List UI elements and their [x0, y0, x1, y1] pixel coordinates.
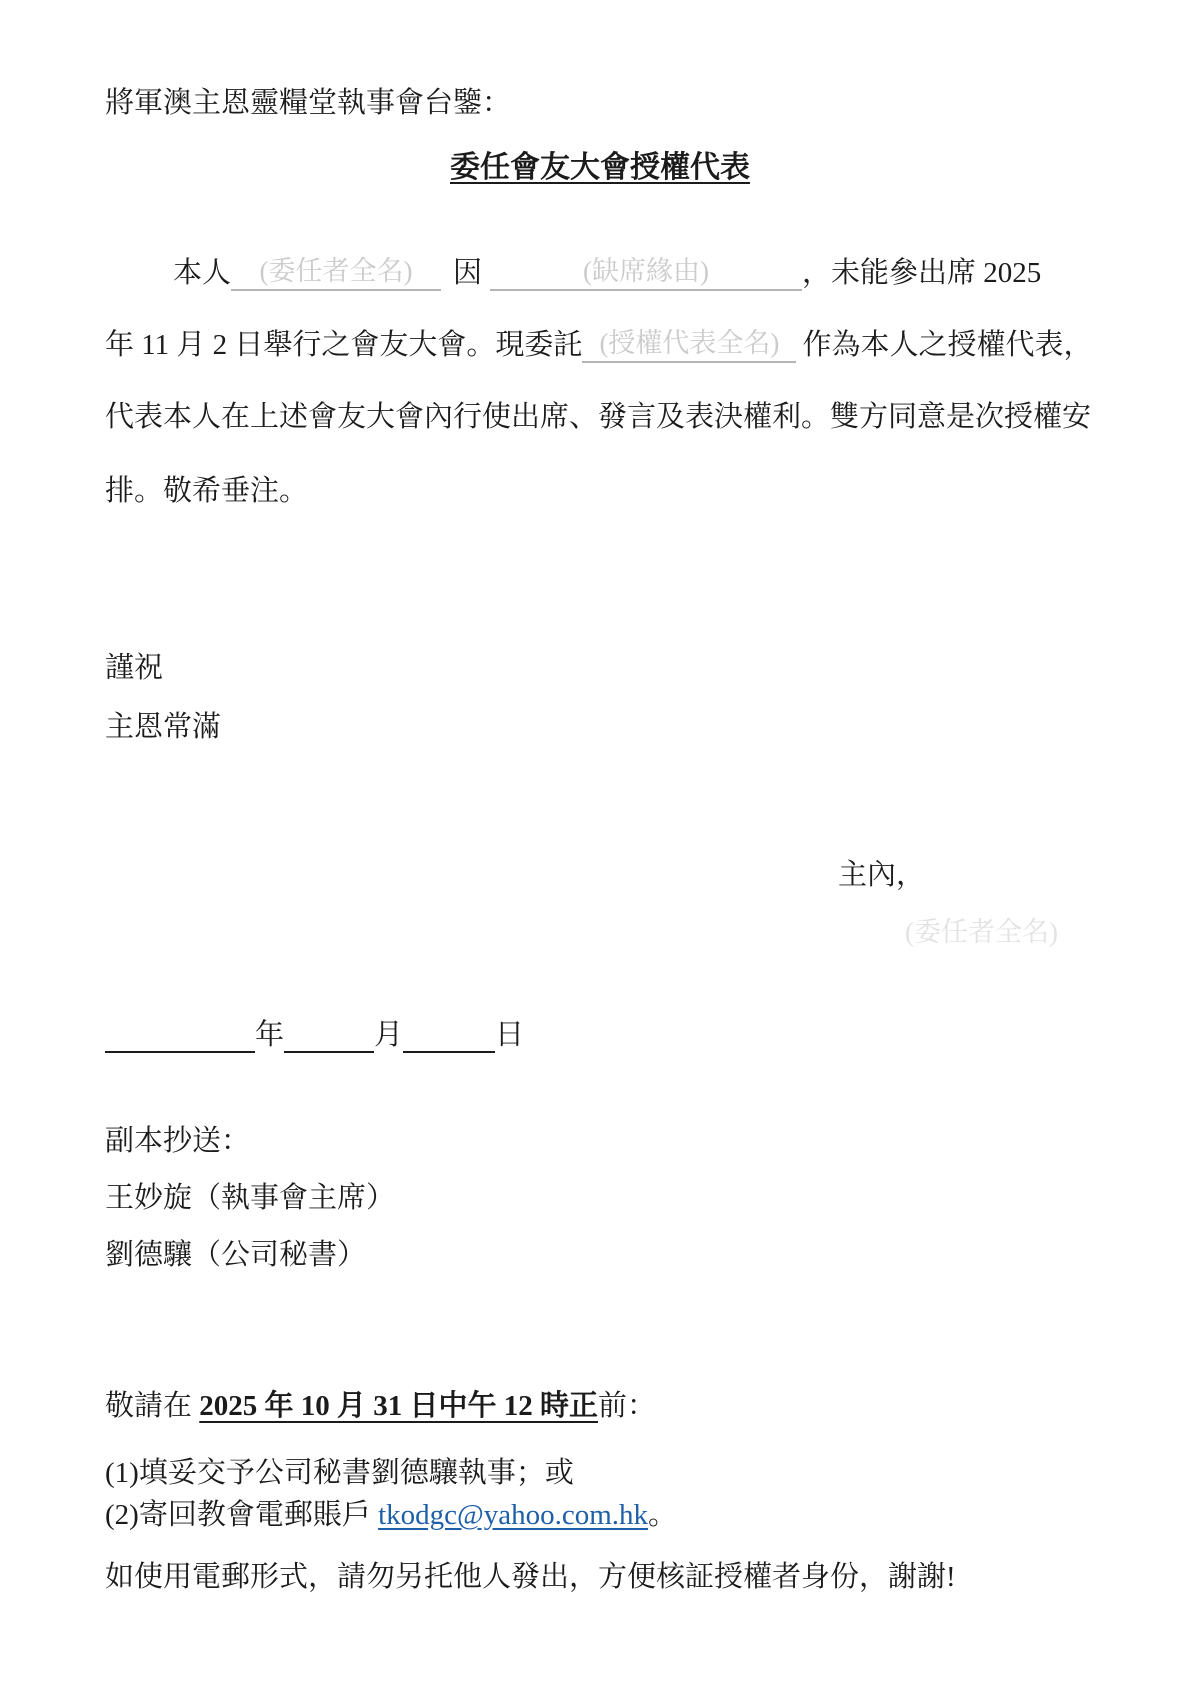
email-verification-note: 如使用電郵形式，請勿另托他人發出，方便核証授權者身份，謝謝!: [105, 1554, 956, 1595]
body-line1-post: ，未能參出席 2025: [802, 250, 1041, 291]
blessing-line-2: 主恩常滿: [105, 704, 221, 745]
cc-name-chairman: 王妙旋（執事會主席）: [105, 1175, 395, 1216]
church-email-link[interactable]: tkodgc@yahoo.com.hk: [378, 1499, 648, 1531]
body-line-2: 年 11 月 2 日舉行之會友大會。現委託(授權代表全名)作為本人之授權代表，: [105, 322, 1092, 363]
instruction-item-2: (2)寄回教會電郵賬戶 tkodgc@yahoo.com.hk。: [105, 1494, 677, 1536]
body-line1-pre: 本人: [173, 250, 231, 291]
deadline-line: 敬請在 2025 年 10 月 31 日中午 12 時正前：: [105, 1383, 656, 1424]
day-label: 日: [495, 1012, 524, 1053]
deadline-datetime: 2025 年 10 月 31 日中午 12 時正: [199, 1390, 598, 1422]
signature-name-placeholder: (委任者全名): [905, 910, 1058, 949]
proxy-name-blank: (授權代表全名): [582, 325, 796, 363]
recipient-line: 將軍澳主恩靈糧堂執事會台鑒：: [105, 80, 511, 121]
body-line-1: 本人(委任者全名)因(缺席緣由)，未能參出席 2025: [173, 250, 1041, 291]
instruction-item2-post: 。: [648, 1499, 677, 1531]
deadline-suffix: 前：: [598, 1390, 656, 1422]
year-blank: [105, 1019, 255, 1053]
proxy-form-document: 將軍澳主恩靈糧堂執事會台鑒： 委任會友大會授權代表 本人(委任者全名)因(缺席緣…: [0, 0, 1200, 1697]
cc-heading: 副本抄送：: [105, 1118, 250, 1159]
body-line-3: 代表本人在上述會友大會內行使出席、發言及表決權利。雙方同意是次授權安: [105, 394, 1091, 435]
body-line-4: 排。敬希垂注。: [105, 468, 308, 509]
month-blank: [284, 1019, 374, 1053]
month-label: 月: [374, 1012, 403, 1053]
body-line2-pre: 年 11 月 2 日舉行之會友大會。現委託: [105, 322, 582, 363]
document-title: 委任會友大會授權代表: [0, 142, 1200, 186]
body-line1-mid: 因: [453, 250, 482, 291]
body-line2-post: 作為本人之授權代表，: [802, 322, 1092, 363]
appointer-name-blank: (委任者全名): [231, 253, 441, 291]
instruction-item-1: (1)填妥交予公司秘書劉德驤執事；或: [105, 1452, 574, 1494]
year-label: 年: [255, 1012, 284, 1053]
day-blank: [403, 1019, 495, 1053]
absence-reason-blank: (缺席緣由): [490, 253, 802, 291]
blessing-line-1: 謹祝: [105, 645, 163, 686]
cc-name-secretary: 劉德驤（公司秘書）: [105, 1232, 366, 1273]
salutation: 主內，: [838, 852, 925, 893]
instruction-item2-pre: (2)寄回教會電郵賬戶: [105, 1499, 378, 1531]
date-fill-line: 年月日: [105, 1012, 524, 1053]
deadline-prefix: 敬請在: [105, 1390, 199, 1422]
